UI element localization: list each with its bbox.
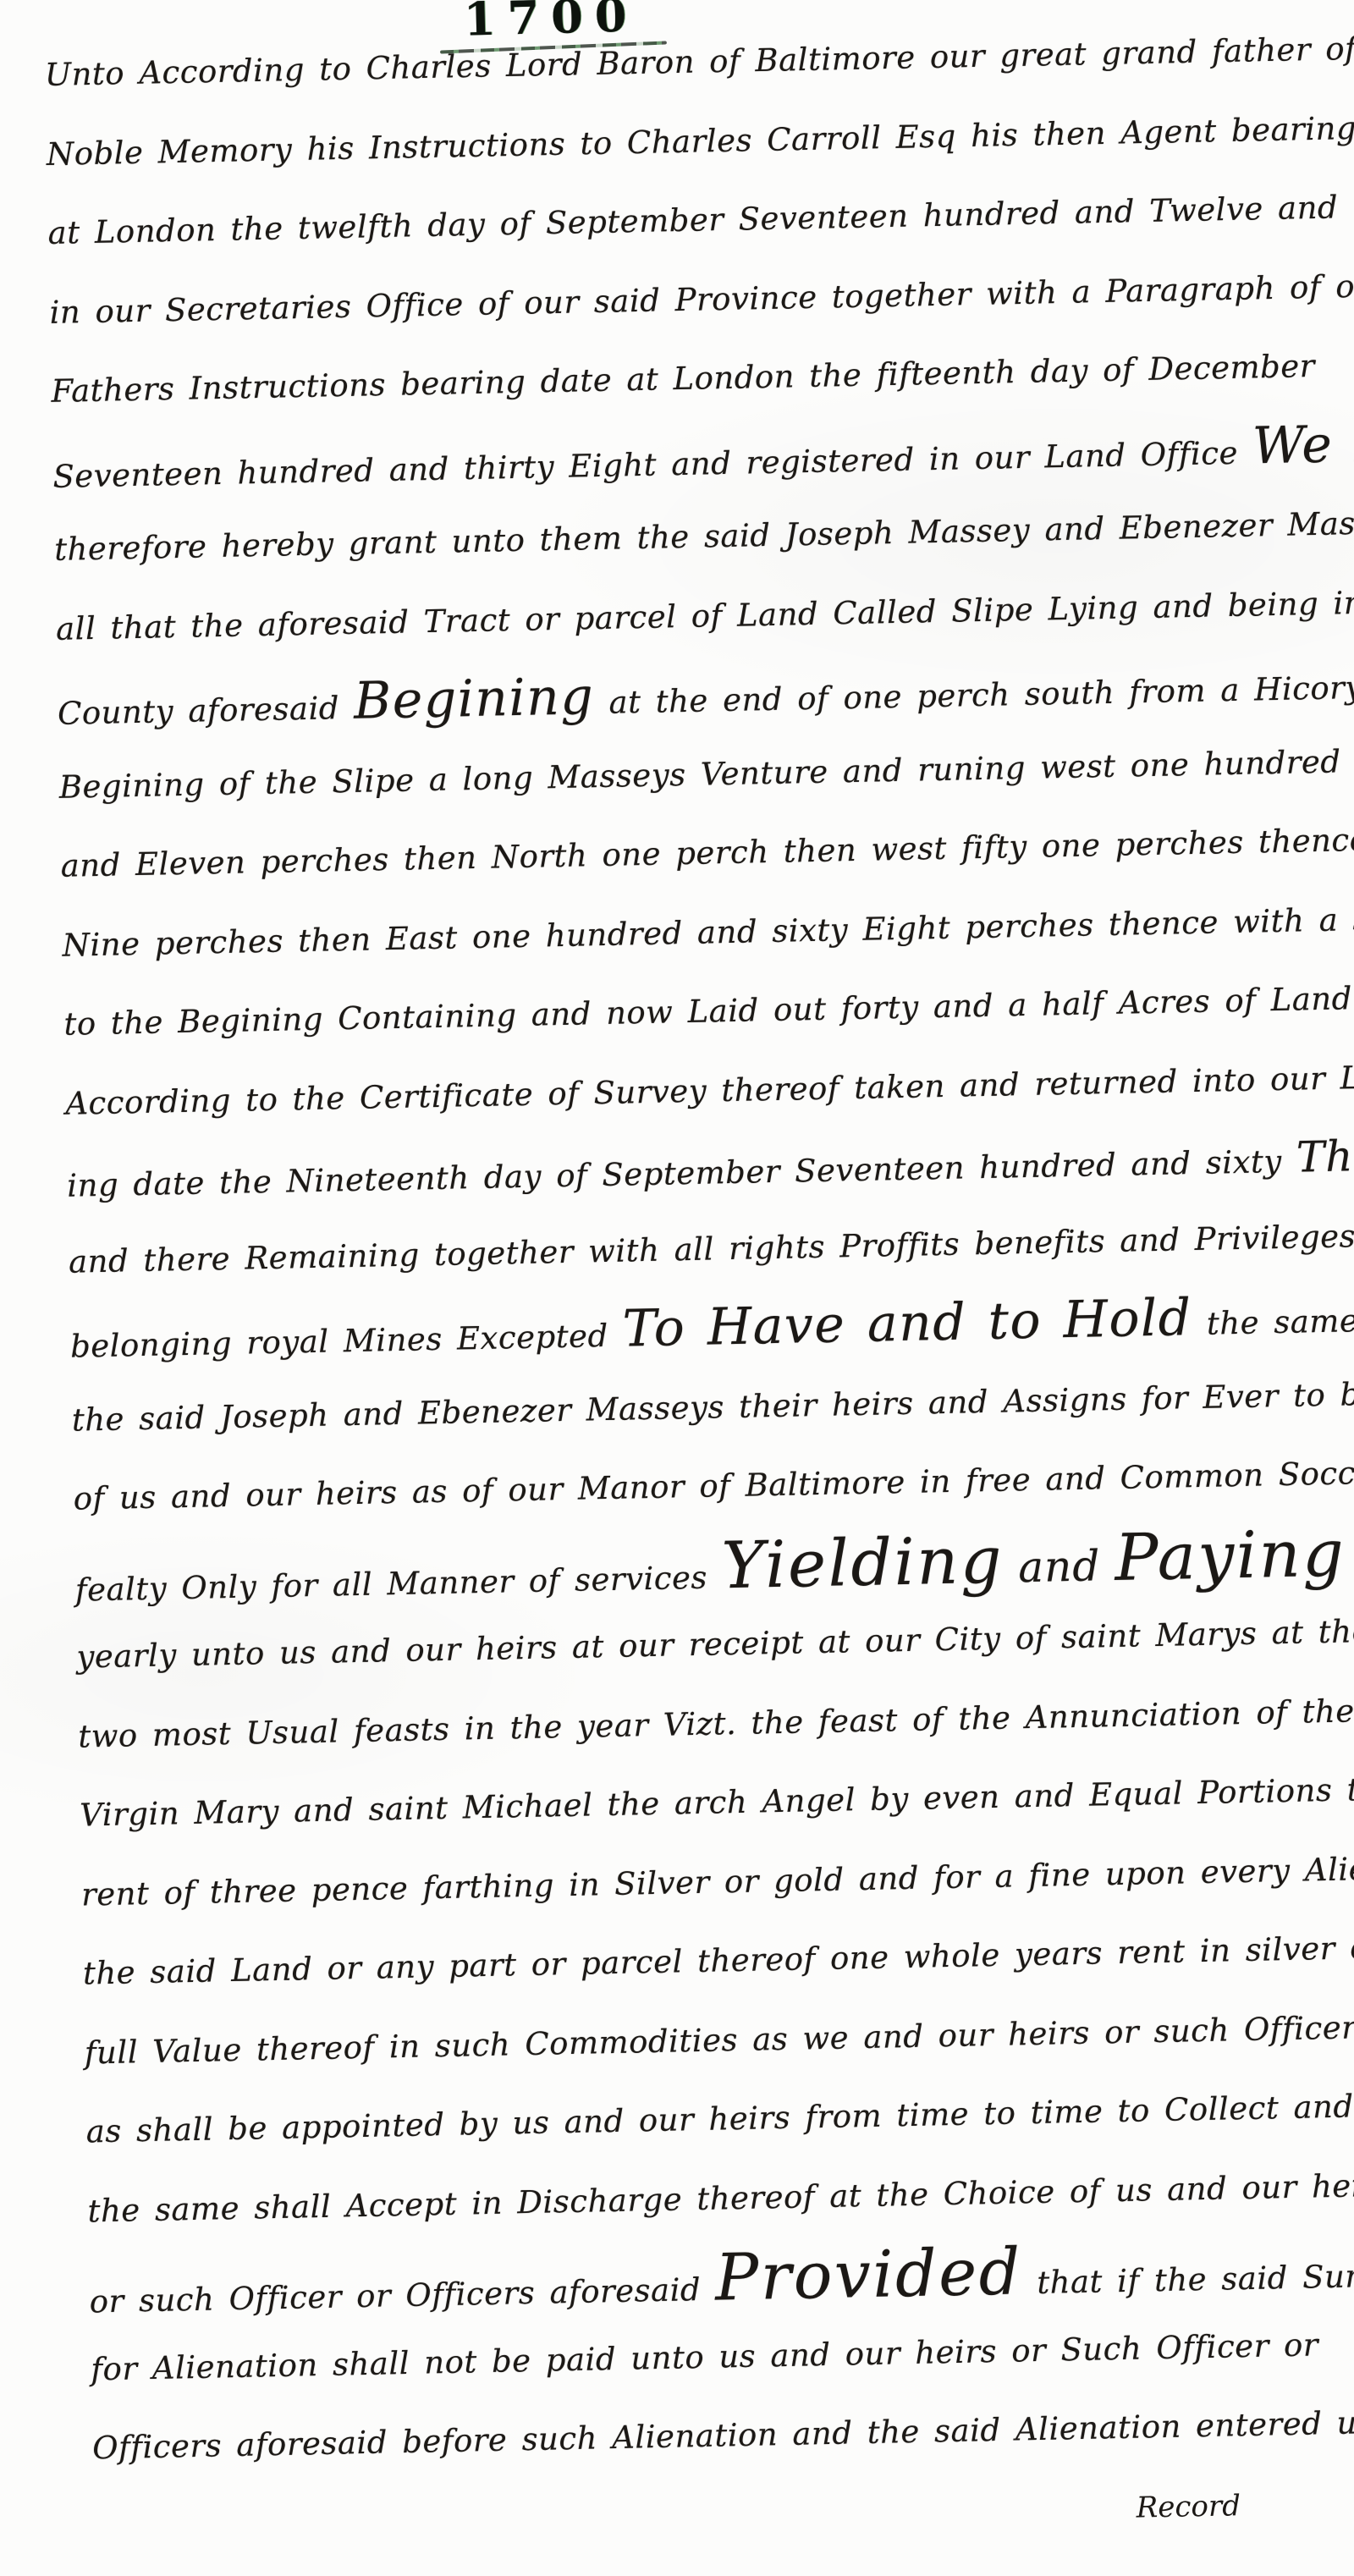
manuscript-text-segment: ing date the Nineteenth day of September… — [67, 1143, 1282, 1204]
manuscript-lines: Unto According to Charles Lord Baron of … — [44, 10, 1354, 2488]
manuscript-text-segment: the same shall Accept in Discharge there… — [87, 2166, 1354, 2229]
manuscript-text-segment: County aforesaid — [58, 690, 340, 732]
manuscript-text-segment: Nine perches then East one hundred and s… — [62, 897, 1354, 964]
manuscript-text-segment: the same unto them — [1206, 1299, 1354, 1342]
manuscript-text-segment: According to the Certificate of Survey t… — [65, 1054, 1354, 1121]
manuscript-text-segment: all that the aforesaid Tract or parcel o… — [56, 583, 1354, 647]
manuscript-text-segment: two most Usual feasts in the year Vizt. … — [78, 1690, 1354, 1755]
manuscript-text-segment: Virgin Mary and saint Michael the arch A… — [80, 1770, 1354, 1833]
manuscript-text-segment: the said Land or any part or parcel ther… — [83, 1925, 1354, 1992]
manuscript-text-segment: We Do — [1252, 413, 1354, 476]
manuscript-text-segment: Begining — [353, 667, 594, 731]
manuscript-text-segment: Yielding — [721, 1522, 1004, 1603]
manuscript-text-segment: rent of three pence farthing in Silver o… — [81, 1847, 1354, 1913]
manuscript-text-segment: To Have and to Hold — [622, 1288, 1192, 1358]
manuscript-text-segment: belonging royal Mines Excepted — [70, 1318, 608, 1365]
manuscript-text-segment: Paying — [1114, 1515, 1346, 1594]
manuscript-body: Unto According to Charles Lord Baron of … — [44, 10, 1354, 2569]
manuscript-text-segment: and — [1018, 1541, 1101, 1592]
manuscript-text-segment: Officers aforesaid before such Alienatio… — [92, 2403, 1354, 2466]
manuscript-text-segment: Seventeen hundred and thirty Eight and r… — [52, 434, 1238, 494]
manuscript-text-segment: the said Joseph and Ebenezer Masseys the… — [71, 1373, 1354, 1438]
manuscript-text-segment: and there Remaining together with all ri… — [69, 1214, 1354, 1280]
manuscript-text-segment: in our Secretaries Office of our said Pr… — [49, 265, 1354, 330]
manuscript-text-segment: at the end of one perch south from a Hic… — [608, 668, 1354, 720]
manuscript-text-segment: Provided — [714, 2233, 1022, 2315]
manuscript-text-segment: Unto According to Charles Lord Baron of … — [45, 30, 1354, 93]
manuscript-text-segment: for Alienation shall not be paid unto us… — [91, 2326, 1318, 2387]
manuscript-text-segment: Three — [1296, 1130, 1354, 1181]
manuscript-page: 1700 Unto According to Charles Lord Baro… — [0, 0, 1354, 2576]
manuscript-text-segment: at London the twelfth day of September S… — [47, 185, 1354, 251]
manuscript-text-segment: that if the said Sum for a fine — [1037, 2254, 1354, 2301]
manuscript-text-segment: therefore hereby grant unto them the sai… — [54, 504, 1354, 568]
manuscript-text-segment: and Eleven perches then North one perch … — [60, 817, 1354, 884]
manuscript-text-segment: yearly unto us and our heirs at our rece… — [76, 1613, 1354, 1676]
manuscript-text-segment: full Value thereof in such Commodities a… — [84, 2005, 1354, 2071]
manuscript-text-segment: Begining of the Slipe a long Masseys Ven… — [58, 743, 1340, 805]
manuscript-text-segment: to the Begining Containing and now Laid … — [63, 976, 1354, 1043]
manuscript-text-segment: fealty Only for all Manner of services — [74, 1559, 707, 1608]
manuscript-text-segment: Noble Memory his Instructions to Charles… — [46, 107, 1354, 172]
manuscript-text-segment: or such Officer or Officers aforesaid — [89, 2271, 701, 2320]
manuscript-text-segment: of us and our heirs as of our Manor of B… — [73, 1453, 1354, 1517]
manuscript-text-segment: Fathers Instructions bearing date at Lon… — [51, 348, 1315, 410]
manuscript-text-segment: as shall be appointed by us and our heir… — [85, 2085, 1354, 2149]
